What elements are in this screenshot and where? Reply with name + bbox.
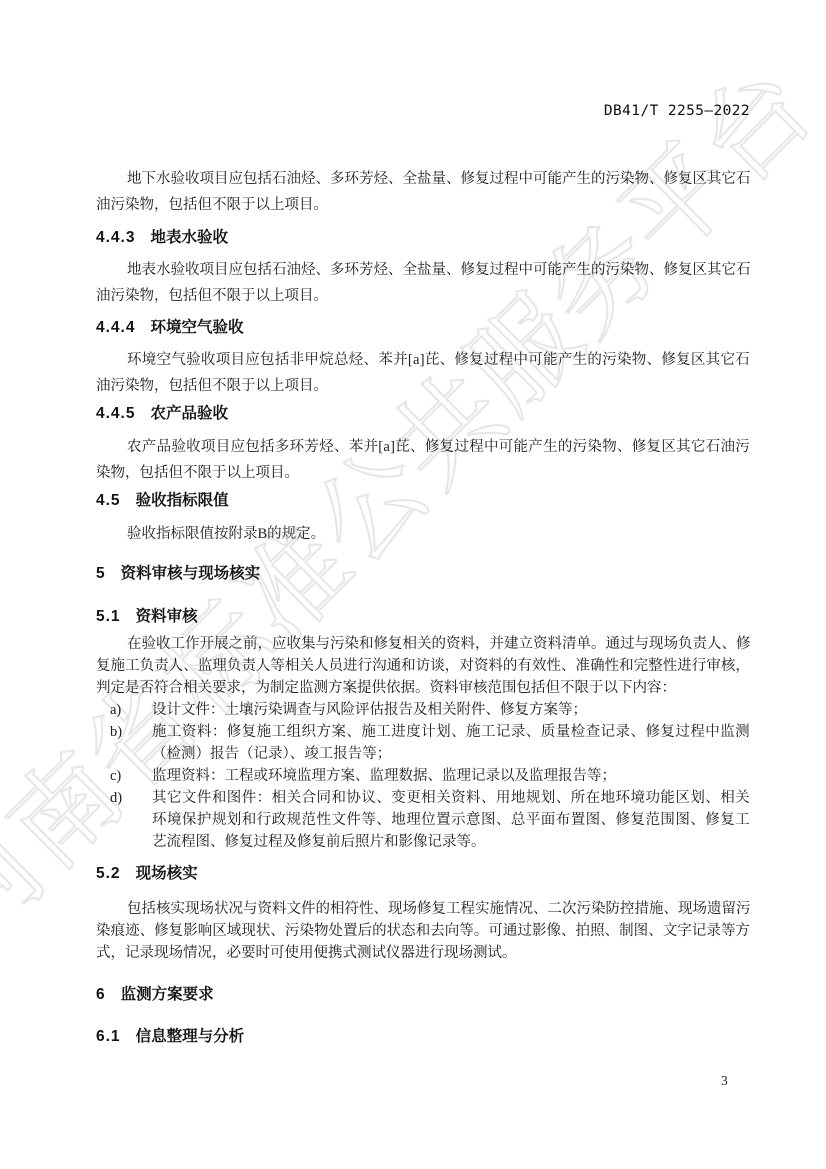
text-line: 包括核实现场状况与资料文件的相符性、现场修复工程实施情况、二次污染防控措施、现场… [96,898,750,920]
text-line: 施工资料：修复施工组织方案、施工进度计划、施工记录、质量检查记录、修复过程中监测 [152,721,750,743]
section-title: 资料审核与现场核实 [121,565,261,582]
text-line: 在验收工作开展之前，应收集与污染和修复相关的资料，并建立资料清单。通过与现场负责… [96,633,750,655]
text-line: 验收指标限值按附录B的规定。 [96,521,750,547]
section-title: 资料审核 [136,608,198,625]
text-line: 环境空气验收项目应包括非甲烷总烃、苯并[a]芘、修复过程中可能产生的污染物、修复… [96,347,750,373]
list-marker: a) [110,699,121,721]
section-title: 验收指标限值 [136,492,229,509]
paragraph: 地表水验收项目应包括石油烃、多环芳烃、全盐量、修复过程中可能产生的污染物、修复区… [96,257,750,309]
section-title: 现场核实 [136,865,198,882]
paragraph: 环境空气验收项目应包括非甲烷总烃、苯并[a]芘、修复过程中可能产生的污染物、修复… [96,347,750,399]
page-number: 3 [721,1073,728,1089]
list-marker: b) [110,721,122,743]
section-number: 5 [96,565,106,582]
paragraph: 验收指标限值按附录B的规定。 [96,521,750,547]
text-line: （检测）报告（记录）、竣工报告等； [152,743,750,765]
document-content: 地下水验收项目应包括石油烃、多环芳烃、全盐量、修复过程中可能产生的污染物、修复区… [96,0,750,1169]
text-line: 地表水验收项目应包括石油烃、多环芳烃、全盐量、修复过程中可能产生的污染物、修复区… [96,257,750,283]
section-heading: 5.2现场核实 [96,864,750,884]
text-line: 染物，包括但不限于以上项目。 [96,460,750,486]
section-heading: 5资料审核与现场核实 [96,564,750,584]
text-line: 地下水验收项目应包括石油烃、多环芳烃、全盐量、修复过程中可能产生的污染物、修复区… [96,166,750,192]
list-item: b)施工资料：修复施工组织方案、施工进度计划、施工记录、质量检查记录、修复过程中… [96,721,750,765]
text-line: 染痕迹、修复影响区域现状、污染物处置后的状态和去向等。可通过影像、拍照、制图、文… [96,920,750,942]
text-line: 式，记录现场情况，必要时可使用便携式测试仪器进行现场测试。 [96,942,750,964]
section-number: 4.4.3 [96,229,135,246]
section-heading: 4.4.5农产品验收 [96,404,750,424]
list-item: c)监理资料：工程或环境监理方案、监理数据、监理记录以及监理报告等； [96,765,750,787]
text-line: 艺流程图、修复过程及修复前后照片和影像记录等。 [152,831,750,853]
section-number: 6 [96,986,106,1003]
section-number: 4.4.5 [96,405,135,422]
ordered-list: a)设计文件：土壤污染调查与风险评估报告及相关附件、修复方案等；b)施工资料：修… [96,699,750,853]
text-line: 设计文件：土壤污染调查与风险评估报告及相关附件、修复方案等； [152,699,750,721]
document-page: 河南省标准公共服务平台 DB41/T 2255—2022 地下水验收项目应包括石… [0,0,826,1169]
paragraph: 农产品验收项目应包括多环芳烃、苯并[a]芘、修复过程中可能产生的污染物、修复区其… [96,434,750,486]
section-number: 5.2 [96,865,121,882]
text-line: 油污染物，包括但不限于以上项目。 [96,283,750,309]
section-number: 4.4.4 [96,319,135,336]
text-line: 环境保护规划和行政规范性文件等、地理位置示意图、总平面布置图、修复范围图、修复工 [152,809,750,831]
list-item: a)设计文件：土壤污染调查与风险评估报告及相关附件、修复方案等； [96,699,750,721]
section-title: 地表水验收 [150,229,228,246]
text-line: 监理资料：工程或环境监理方案、监理数据、监理记录以及监理报告等； [152,765,750,787]
section-number: 5.1 [96,608,121,625]
paragraph: 地下水验收项目应包括石油烃、多环芳烃、全盐量、修复过程中可能产生的污染物、修复区… [96,166,750,218]
section-heading: 6监测方案要求 [96,985,750,1005]
section-number: 4.5 [96,492,121,509]
paragraph: 在验收工作开展之前，应收集与污染和修复相关的资料，并建立资料清单。通过与现场负责… [96,633,750,699]
text-line: 判定是否符合相关要求，为制定监测方案提供依据。资料审核范围包括但不限于以下内容： [96,677,750,699]
section-heading: 4.4.3地表水验收 [96,228,750,248]
section-heading: 6.1信息整理与分析 [96,1027,750,1047]
list-marker: c) [110,765,121,787]
section-heading: 4.5验收指标限值 [96,491,750,511]
section-number: 6.1 [96,1028,121,1045]
section-title: 监测方案要求 [121,986,214,1003]
text-line: 油污染物，包括但不限于以上项目。 [96,192,750,218]
list-marker: d) [110,787,122,809]
section-title: 农产品验收 [150,405,228,422]
section-heading: 4.4.4环境空气验收 [96,318,750,338]
text-line: 其它文件和图件：相关合同和协议、变更相关资料、用地规划、所在地环境功能区划、相关 [152,787,750,809]
list-item: d)其它文件和图件：相关合同和协议、变更相关资料、用地规划、所在地环境功能区划、… [96,787,750,853]
section-title: 环境空气验收 [150,319,243,336]
section-title: 信息整理与分析 [136,1028,245,1045]
text-line: 农产品验收项目应包括多环芳烃、苯并[a]芘、修复过程中可能产生的污染物、修复区其… [96,434,750,460]
section-heading: 5.1资料审核 [96,607,750,627]
text-line: 复施工负责人、监理负责人等相关人员进行沟通和访谈，对资料的有效性、准确性和完整性… [96,655,750,677]
paragraph: 包括核实现场状况与资料文件的相符性、现场修复工程实施情况、二次污染防控措施、现场… [96,898,750,964]
text-line: 油污染物，包括但不限于以上项目。 [96,373,750,399]
